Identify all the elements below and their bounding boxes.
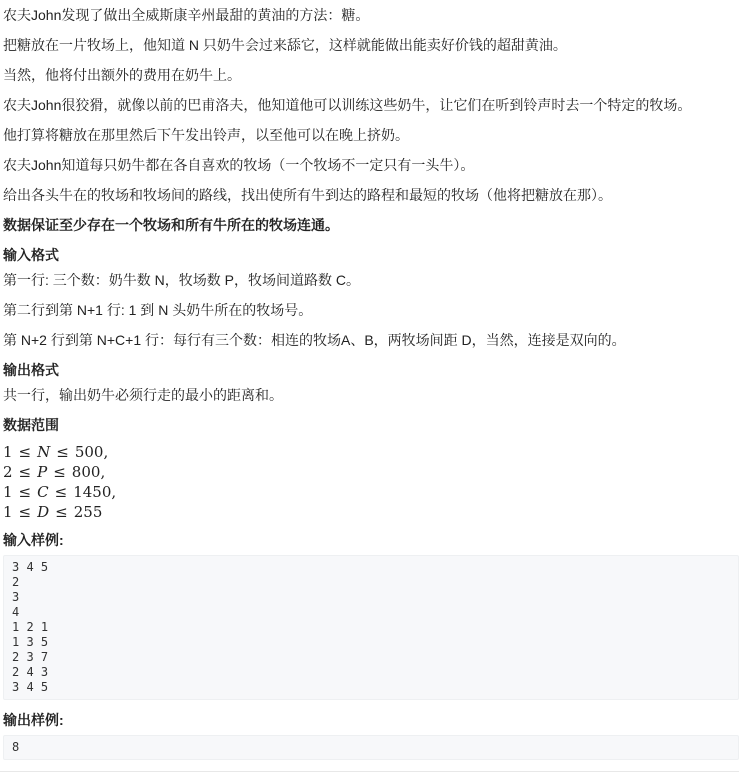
problem-description-paragraph: 给出各头牛在的牧场和牧场间的路线，找出使所有牛到达的路程和最短的牧场（他将把糖放…	[3, 187, 739, 203]
sample-output-code: 8	[3, 735, 739, 760]
constraint-suffix: ,	[111, 483, 116, 501]
constraint-line: 2≤P≤800,	[3, 462, 739, 482]
input-format-line: 第一行: 三个数：奶牛数 N，牧场数 P，牧场间道路数 C。	[3, 272, 739, 288]
leq-symbol: ≤	[55, 503, 68, 521]
sample-input-label: 输入样例:	[3, 532, 739, 548]
constraint-max: 255	[74, 503, 103, 521]
data-range-heading: 数据范围	[3, 417, 739, 433]
sample-input-code: 3 4 5 2 3 4 1 2 1 1 3 5 2 3 7 2 4 3 3 4 …	[3, 555, 739, 700]
leq-symbol: ≤	[19, 463, 32, 481]
problem-description-paragraph: 他打算将糖放在那里然后下午发出铃声，以至他可以在晚上挤奶。	[3, 127, 739, 143]
leq-symbol: ≤	[56, 443, 69, 461]
problem-description-paragraph: 农夫John很狡猾，就像以前的巴甫洛夫，他知道他可以训练这些奶牛，让它们在听到铃…	[3, 97, 739, 113]
constraints-block: 1≤N≤500, 2≤P≤800, 1≤C≤1450, 1≤D≤255	[3, 442, 739, 522]
problem-description-paragraph: 把糖放在一片牧场上，他知道 N 只奶牛会过来舔它，这样就能做出能卖好价钱的超甜黄…	[3, 37, 739, 53]
data-guarantee-note: 数据保证至少存在一个牧场和所有牛所在的牧场连通。	[3, 217, 739, 233]
constraint-variable: D	[37, 503, 49, 521]
problem-description-paragraph: 当然，他将付出额外的费用在奶牛上。	[3, 67, 739, 83]
leq-symbol: ≤	[19, 443, 32, 461]
constraint-variable: N	[37, 443, 50, 461]
leq-symbol: ≤	[19, 503, 32, 521]
input-format-line: 第二行到第 N+1 行: 1 到 N 头奶牛所在的牧场号。	[3, 302, 739, 318]
leq-symbol: ≤	[55, 483, 68, 501]
output-format-heading: 输出格式	[3, 362, 739, 378]
section-divider	[0, 771, 739, 772]
constraint-line: 1≤N≤500,	[3, 442, 739, 462]
output-format-line: 共一行，输出奶牛必须行走的最小的距离和。	[3, 387, 739, 403]
leq-symbol: ≤	[19, 483, 32, 501]
input-format-line: 第 N+2 行到第 N+C+1 行：每行有三个数：相连的牧场A、B，两牧场间距 …	[3, 332, 739, 348]
sample-output-label: 输出样例:	[3, 712, 739, 728]
constraint-max: 500	[75, 443, 104, 461]
constraint-variable: P	[37, 463, 47, 481]
constraint-suffix: ,	[103, 443, 108, 461]
constraint-line: 1≤C≤1450,	[3, 482, 739, 502]
leq-symbol: ≤	[53, 463, 66, 481]
problem-description-paragraph: 农夫John发现了做出全威斯康辛州最甜的黄油的方法：糖。	[3, 7, 739, 23]
input-format-heading: 输入格式	[3, 247, 739, 263]
constraint-variable: C	[37, 483, 48, 501]
constraint-suffix: ,	[100, 463, 105, 481]
constraint-max: 800	[72, 463, 101, 481]
problem-description-paragraph: 农夫John知道每只奶牛都在各自喜欢的牧场（一个牧场不一定只有一头牛）。	[3, 157, 739, 173]
constraint-min: 1	[3, 443, 13, 461]
constraint-min: 1	[3, 503, 13, 521]
constraint-min: 1	[3, 483, 13, 501]
problem-statement-page: 农夫John发现了做出全威斯康辛州最甜的黄油的方法：糖。 把糖放在一片牧场上，他…	[0, 0, 739, 773]
constraint-min: 2	[3, 463, 13, 481]
constraint-max: 1450	[73, 483, 111, 501]
constraint-line: 1≤D≤255	[3, 502, 739, 522]
